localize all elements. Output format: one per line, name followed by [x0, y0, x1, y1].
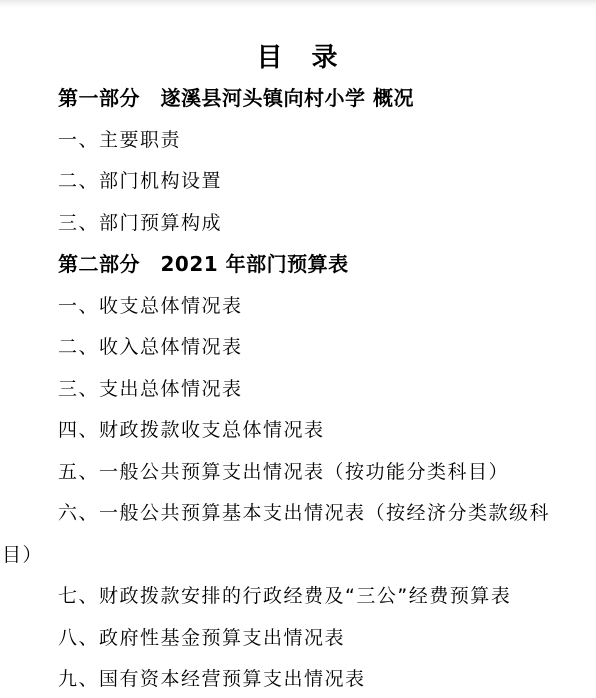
toc-title: 目 录 [0, 38, 596, 78]
document-page: 目 录 第一部分 遂溪县河头镇向村小学 概况 一、主要职责 二、部门机构设置 三… [0, 0, 596, 698]
toc-entry-p1-3: 三、部门预算构成 [0, 203, 596, 245]
part2-heading: 第二部分 2021 年部门预算表 [0, 244, 596, 286]
toc-entry-p2-9: 九、国有资本经营预算支出情况表 [0, 659, 596, 698]
page-top-shadow [0, 0, 596, 9]
toc-entry-p2-2: 二、收入总体情况表 [0, 327, 596, 369]
toc-entry-p2-1: 一、收支总体情况表 [0, 286, 596, 328]
toc-entry-p2-3: 三、支出总体情况表 [0, 369, 596, 411]
toc-entry-p2-6-line2: 目） [0, 535, 596, 577]
toc-entry-p2-5: 五、一般公共预算支出情况表（按功能分类科目） [0, 452, 596, 494]
toc-entry-p2-7: 七、财政拨款安排的行政经费及“三公”经费预算表 [0, 576, 596, 618]
toc-entry-p1-1: 一、主要职责 [0, 120, 596, 162]
part1-heading: 第一部分 遂溪县河头镇向村小学 概况 [0, 78, 596, 120]
toc-entry-p2-6-line1: 六、一般公共预算基本支出情况表（按经济分类款级科 [0, 493, 596, 535]
toc-entry-p2-8: 八、政府性基金预算支出情况表 [0, 618, 596, 660]
toc-body: 第一部分 遂溪县河头镇向村小学 概况 一、主要职责 二、部门机构设置 三、部门预… [0, 78, 596, 698]
toc-entry-p1-2: 二、部门机构设置 [0, 161, 596, 203]
toc-entry-p2-4: 四、财政拨款收支总体情况表 [0, 410, 596, 452]
